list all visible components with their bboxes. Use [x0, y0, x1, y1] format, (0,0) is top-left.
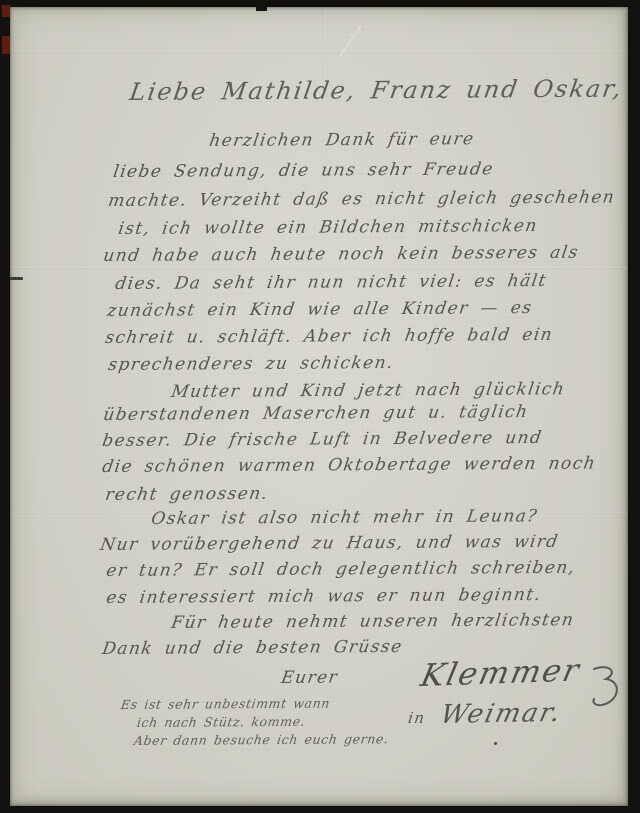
body-line: Oskar ist also nicht mehr in Leuna?	[150, 508, 539, 528]
place-prefix: in	[407, 711, 427, 726]
body-line: herzlichen Dank für eure	[208, 131, 476, 150]
postscript-line: Es ist sehr unbestimmt wann	[120, 698, 331, 712]
salutation-line: Liebe Mathilde, Franz und Oskar,	[128, 77, 625, 104]
body-line: zunächst ein Kind wie alle Kinder — es	[106, 300, 534, 320]
signature: Klemmer	[418, 656, 583, 692]
edge-mark	[10, 277, 23, 280]
body-line: recht genossen.	[104, 486, 270, 504]
signature-flourish-icon	[588, 663, 628, 711]
body-line: es interessiert mich was er nun beginnt.	[105, 587, 542, 607]
letter-scan: Liebe Mathilde, Franz und Oskar, herzlic…	[0, 0, 640, 813]
body-line: machte. Verzeiht daß es nicht gleich ges…	[107, 189, 616, 210]
body-line: die schönen warmen Oktobertage werden no…	[101, 456, 597, 476]
top-edge-notch	[256, 6, 267, 11]
fold-crease-middle	[11, 267, 627, 269]
body-line: dies. Da seht ihr nun nicht viel: es häl…	[114, 273, 548, 293]
red-archival-mark-second	[2, 36, 10, 54]
place-line: Weimar.	[438, 700, 565, 728]
closing-line: Für heute nehmt unseren herzlichsten	[170, 612, 575, 632]
ink-dot	[494, 742, 497, 745]
body-line: sprechenderes zu schicken.	[107, 355, 395, 374]
body-line: liebe Sendung, die uns sehr Freude	[112, 161, 495, 181]
red-archival-mark-top	[2, 5, 10, 17]
closing-line: Dank und die besten Grüsse	[101, 639, 404, 658]
body-line: besser. Die frische Luft in Belvedere un…	[101, 430, 544, 450]
body-line: er tun? Er soll doch gelegentlich schrei…	[105, 560, 577, 580]
body-line: schreit u. schläft. Aber ich hoffe bald …	[104, 327, 554, 347]
closing-valediction: Eurer	[280, 670, 339, 687]
body-line: überstandenen Maserchen gut u. täglich	[102, 404, 530, 424]
postscript-line: Aber dann besuche ich euch gerne.	[133, 733, 389, 747]
body-line: und habe auch heute noch kein besseres a…	[102, 245, 580, 265]
fold-crease-top	[11, 51, 627, 53]
body-line: ist, ich wollte ein Bildchen mitschicken	[117, 218, 539, 238]
body-line: Mutter und Kind jetzt nach glücklich	[170, 381, 566, 401]
postscript-line: ich nach Stütz. komme.	[136, 716, 306, 730]
body-line: Nur vorübergehend zu Haus, und was wird	[99, 534, 560, 554]
